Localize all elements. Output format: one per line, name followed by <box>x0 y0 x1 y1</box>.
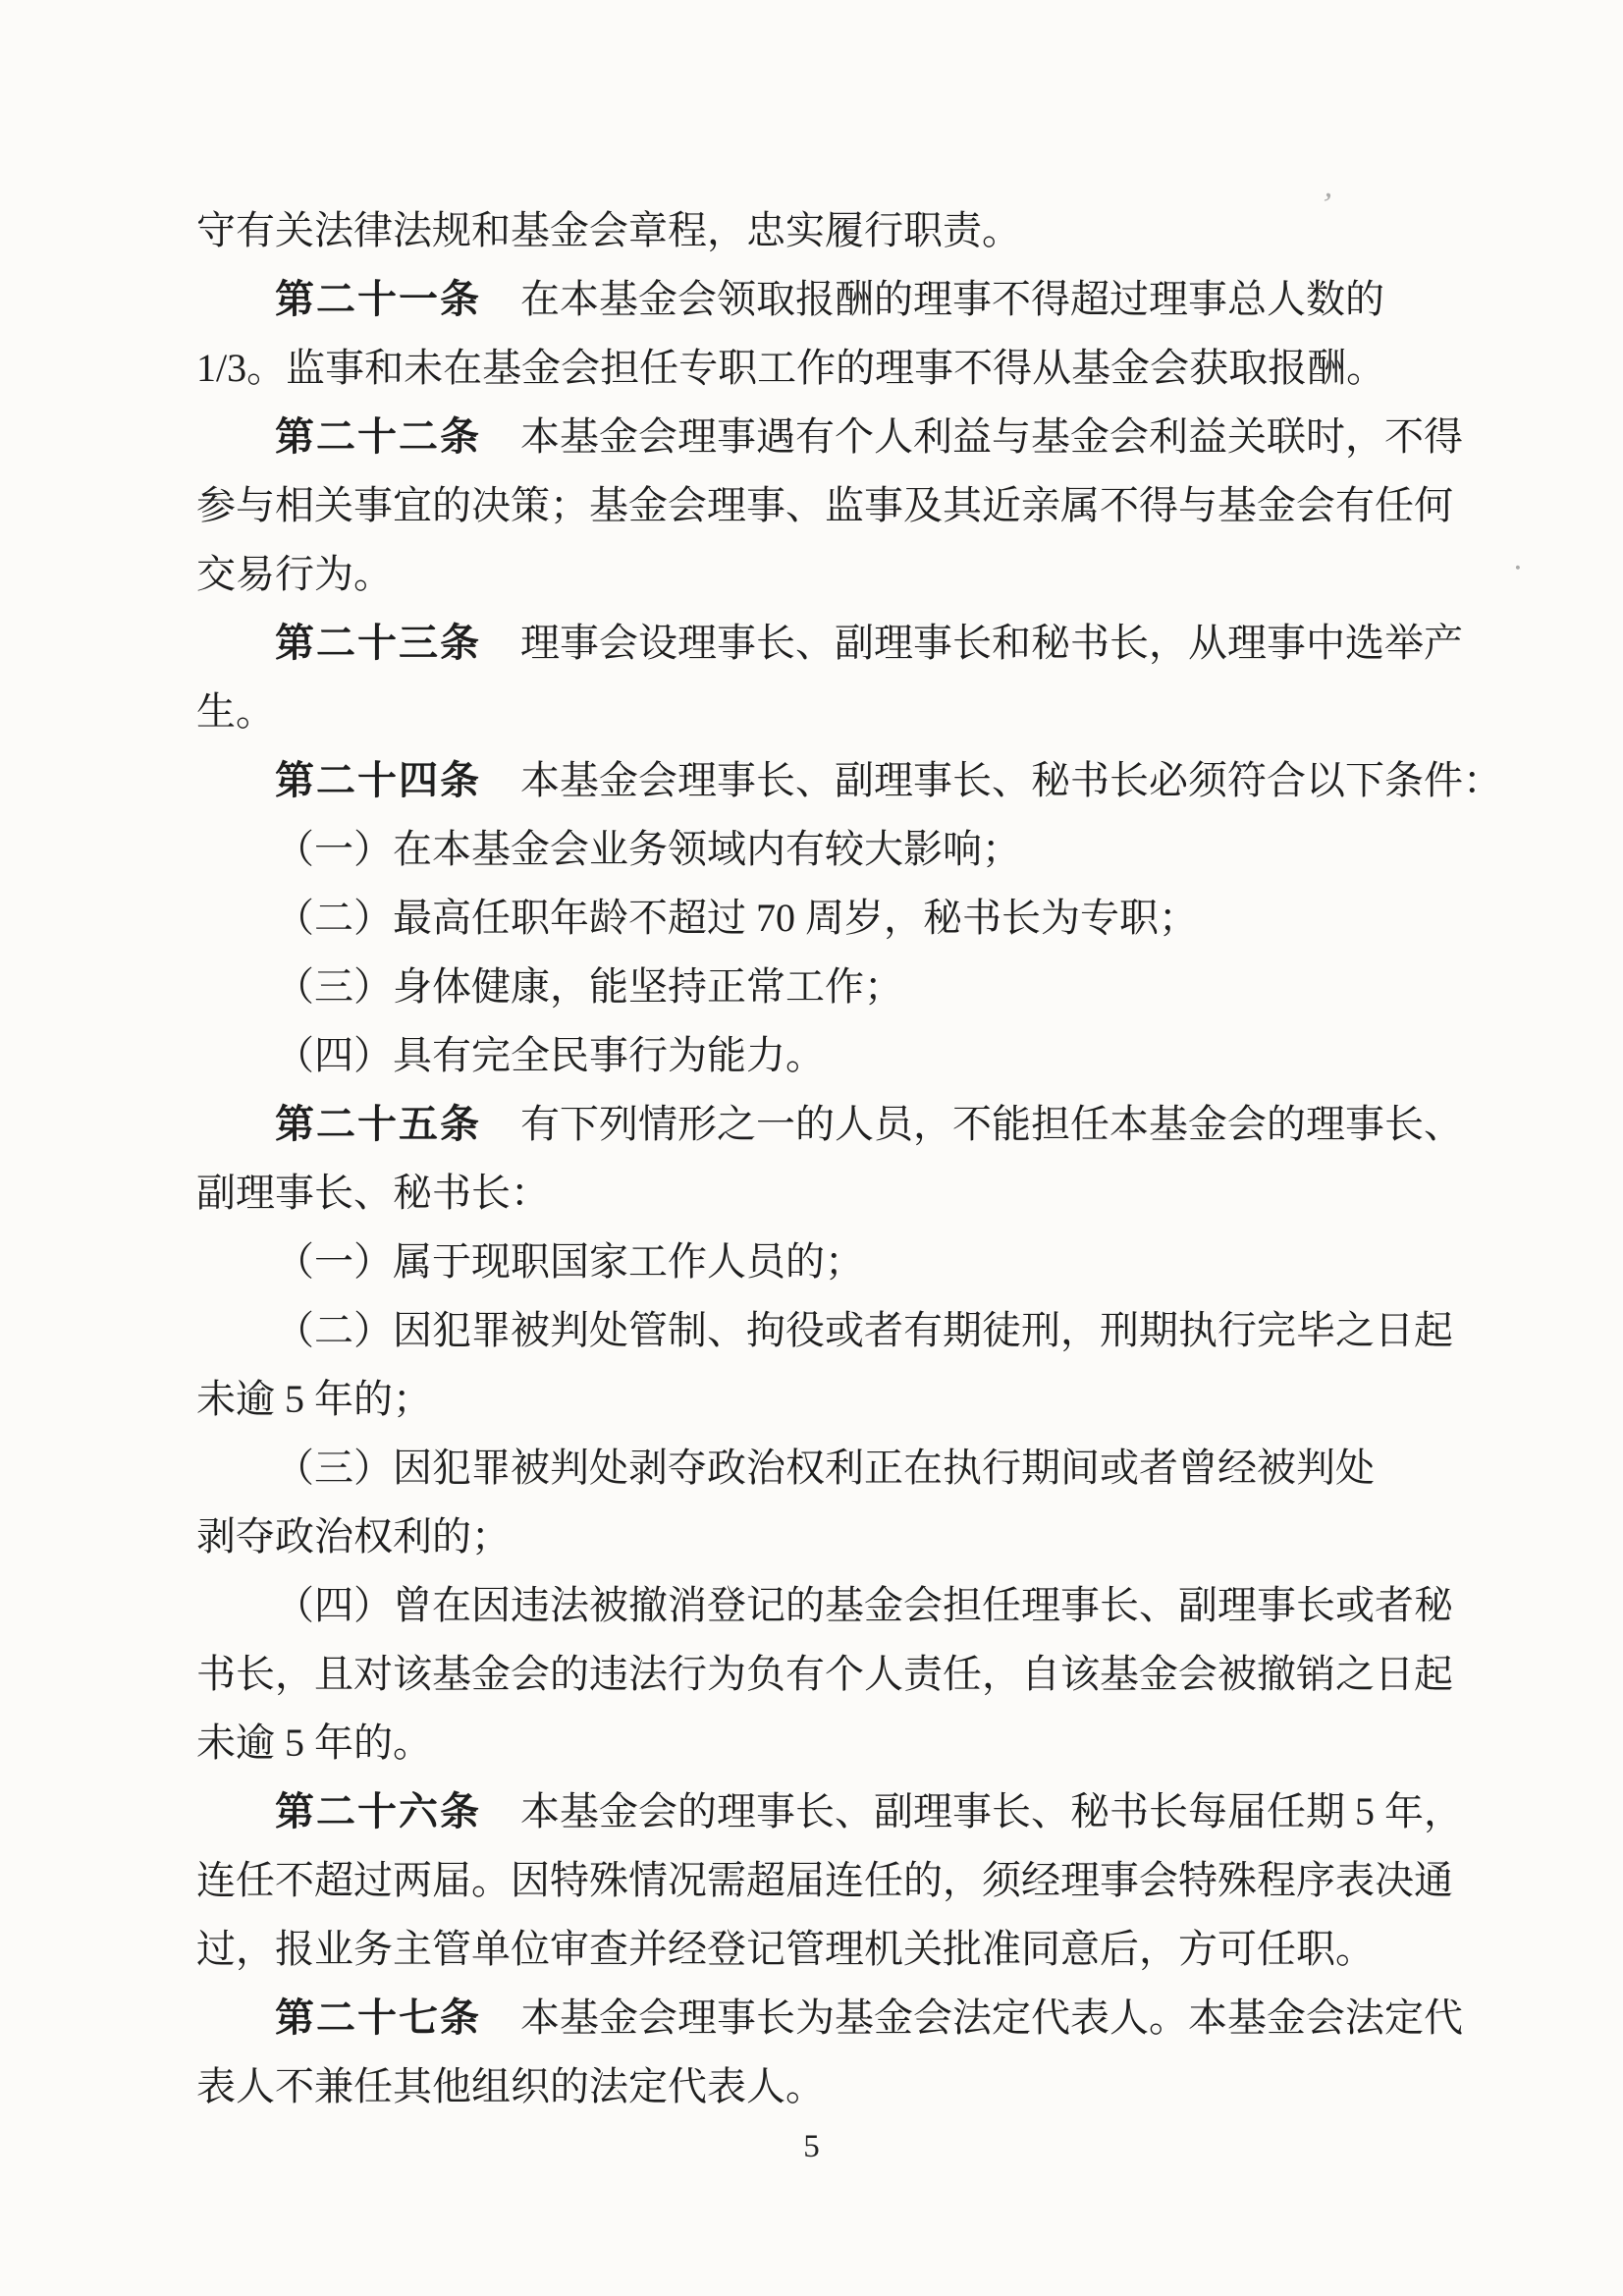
text-line: 第二十七条 本基金会理事长为基金会法定代表人。本基金会法定代 <box>196 1984 1441 2052</box>
text-segment: （一）在本基金会业务领域内有较大影响； <box>275 827 1021 871</box>
text-segment: 未逾 5 年的。 <box>196 1721 432 1765</box>
text-segment: （一）属于现职国家工作人员的； <box>275 1239 864 1284</box>
text-line: 第二十二条 本基金会理事遇有个人利益与基金会利益关联时，不得 <box>196 403 1441 471</box>
article-number: 第二十一条 <box>275 278 481 321</box>
text-segment: 本基金会理事长、副理事长、秘书长必须符合以下条件： <box>481 758 1502 802</box>
text-segment: 交易行为。 <box>196 552 393 596</box>
text-segment: 本基金会的理事长、副理事长、秘书长每届任期 5 年， <box>481 1789 1463 1833</box>
text-line: （三）因犯罪被判处剥夺政治权利正在执行期间或者曾经被判处 <box>196 1434 1441 1503</box>
text-line: 第二十一条 在本基金会领取报酬的理事不得超过理事总人数的 <box>196 265 1441 334</box>
text-segment: 有下列情形之一的人员，不能担任本基金会的理事长、 <box>481 1102 1463 1146</box>
text-line: 交易行为。 <box>196 540 1441 609</box>
text-line: （一）属于现职国家工作人员的； <box>196 1228 1441 1296</box>
text-line: 剥夺政治权利的； <box>196 1503 1441 1571</box>
text-segment: （三）身体健康，能坚持正常工作； <box>275 964 903 1009</box>
text-line: 书长，且对该基金会的违法行为负有个人责任，自该基金会被撤销之日起 <box>196 1640 1441 1709</box>
text-segment: 剥夺政治权利的； <box>196 1514 511 1558</box>
text-segment: 表人不兼任其他组织的法定代表人。 <box>196 2064 825 2108</box>
text-line: 未逾 5 年的。 <box>196 1709 1441 1777</box>
text-line: 未逾 5 年的； <box>196 1365 1441 1434</box>
text-segment: （四）具有完全民事行为能力。 <box>275 1033 825 1077</box>
text-segment: 守有关法律法规和基金会章程，忠实履行职责。 <box>196 208 1021 252</box>
text-segment: 1/3。监事和未在基金会担任专职工作的理事不得从基金会获取报酬。 <box>196 346 1385 390</box>
text-line: 副理事长、秘书长： <box>196 1159 1441 1228</box>
text-segment: 过，报业务主管单位审查并经登记管理机关批准同意后，方可任职。 <box>196 1927 1375 1971</box>
text-line: 表人不兼任其他组织的法定代表人。 <box>196 2052 1441 2121</box>
text-line: （二）因犯罪被判处管制、拘役或者有期徒刑，刑期执行完毕之日起 <box>196 1296 1441 1365</box>
text-segment: 在本基金会领取报酬的理事不得超过理事总人数的 <box>481 277 1384 321</box>
text-line: 连任不超过两届。因特殊情况需超届连任的，须经理事会特殊程序表决通 <box>196 1846 1441 1915</box>
text-segment: （四）曾在因违法被撤消登记的基金会担任理事长、副理事长或者秘 <box>275 1583 1453 1627</box>
text-line: 生。 <box>196 678 1441 746</box>
text-segment: （三）因犯罪被判处剥夺政治权利正在执行期间或者曾经被判处 <box>275 1446 1375 1490</box>
text-line: （一）在本基金会业务领域内有较大影响； <box>196 815 1441 884</box>
text-segment: 生。 <box>196 689 275 734</box>
article-number: 第二十四条 <box>275 759 481 802</box>
scan-artifact: · <box>1508 549 1527 588</box>
text-line: （二）最高任职年龄不超过 70 周岁，秘书长为专职； <box>196 884 1441 953</box>
text-line: 第二十四条 本基金会理事长、副理事长、秘书长必须符合以下条件： <box>196 746 1441 815</box>
article-number: 第二十三条 <box>275 622 481 665</box>
text-segment: 副理事长、秘书长： <box>196 1171 550 1215</box>
article-number: 第二十二条 <box>275 415 481 459</box>
text-segment: 未逾 5 年的； <box>196 1377 432 1421</box>
text-segment: 本基金会理事遇有个人利益与基金会利益关联时，不得 <box>481 414 1463 459</box>
page-number: 5 <box>0 2129 1623 2165</box>
text-segment: 本基金会理事长为基金会法定代表人。本基金会法定代 <box>481 1995 1463 2040</box>
text-line: （四）具有完全民事行为能力。 <box>196 1021 1441 1090</box>
text-line: 参与相关事宜的决策；基金会理事、监事及其近亲属不得与基金会有任何 <box>196 471 1441 540</box>
document-body: 守有关法律法规和基金会章程，忠实履行职责。第二十一条 在本基金会领取报酬的理事不… <box>196 196 1441 2121</box>
text-line: 守有关法律法规和基金会章程，忠实履行职责。 <box>196 196 1441 265</box>
text-segment: （二）最高任职年龄不超过 70 周岁，秘书长为专职； <box>275 896 1198 940</box>
text-segment: （二）因犯罪被判处管制、拘役或者有期徒刑，刑期执行完毕之日起 <box>275 1308 1453 1352</box>
text-line: （三）身体健康，能坚持正常工作； <box>196 953 1441 1021</box>
text-line: （四）曾在因违法被撤消登记的基金会担任理事长、副理事长或者秘 <box>196 1571 1441 1640</box>
article-number: 第二十七条 <box>275 1996 481 2040</box>
document-page: 守有关法律法规和基金会章程，忠实履行职责。第二十一条 在本基金会领取报酬的理事不… <box>0 0 1623 2296</box>
text-segment: 连任不超过两届。因特殊情况需超届连任的，须经理事会特殊程序表决通 <box>196 1858 1453 1902</box>
text-segment: 理事会设理事长、副理事长和秘书长，从理事中选举产 <box>481 621 1463 665</box>
text-line: 第二十六条 本基金会的理事长、副理事长、秘书长每届任期 5 年， <box>196 1777 1441 1846</box>
text-line: 过，报业务主管单位审查并经登记管理机关批准同意后，方可任职。 <box>196 1915 1441 1984</box>
text-segment: 参与相关事宜的决策；基金会理事、监事及其近亲属不得与基金会有任何 <box>196 483 1453 527</box>
text-segment: 书长，且对该基金会的违法行为负有个人责任，自该基金会被撤销之日起 <box>196 1652 1453 1696</box>
text-line: 第二十三条 理事会设理事长、副理事长和秘书长，从理事中选举产 <box>196 609 1441 678</box>
text-line: 1/3。监事和未在基金会担任专职工作的理事不得从基金会获取报酬。 <box>196 334 1441 403</box>
text-line: 第二十五条 有下列情形之一的人员，不能担任本基金会的理事长、 <box>196 1090 1441 1159</box>
article-number: 第二十六条 <box>275 1790 481 1833</box>
article-number: 第二十五条 <box>275 1103 481 1146</box>
